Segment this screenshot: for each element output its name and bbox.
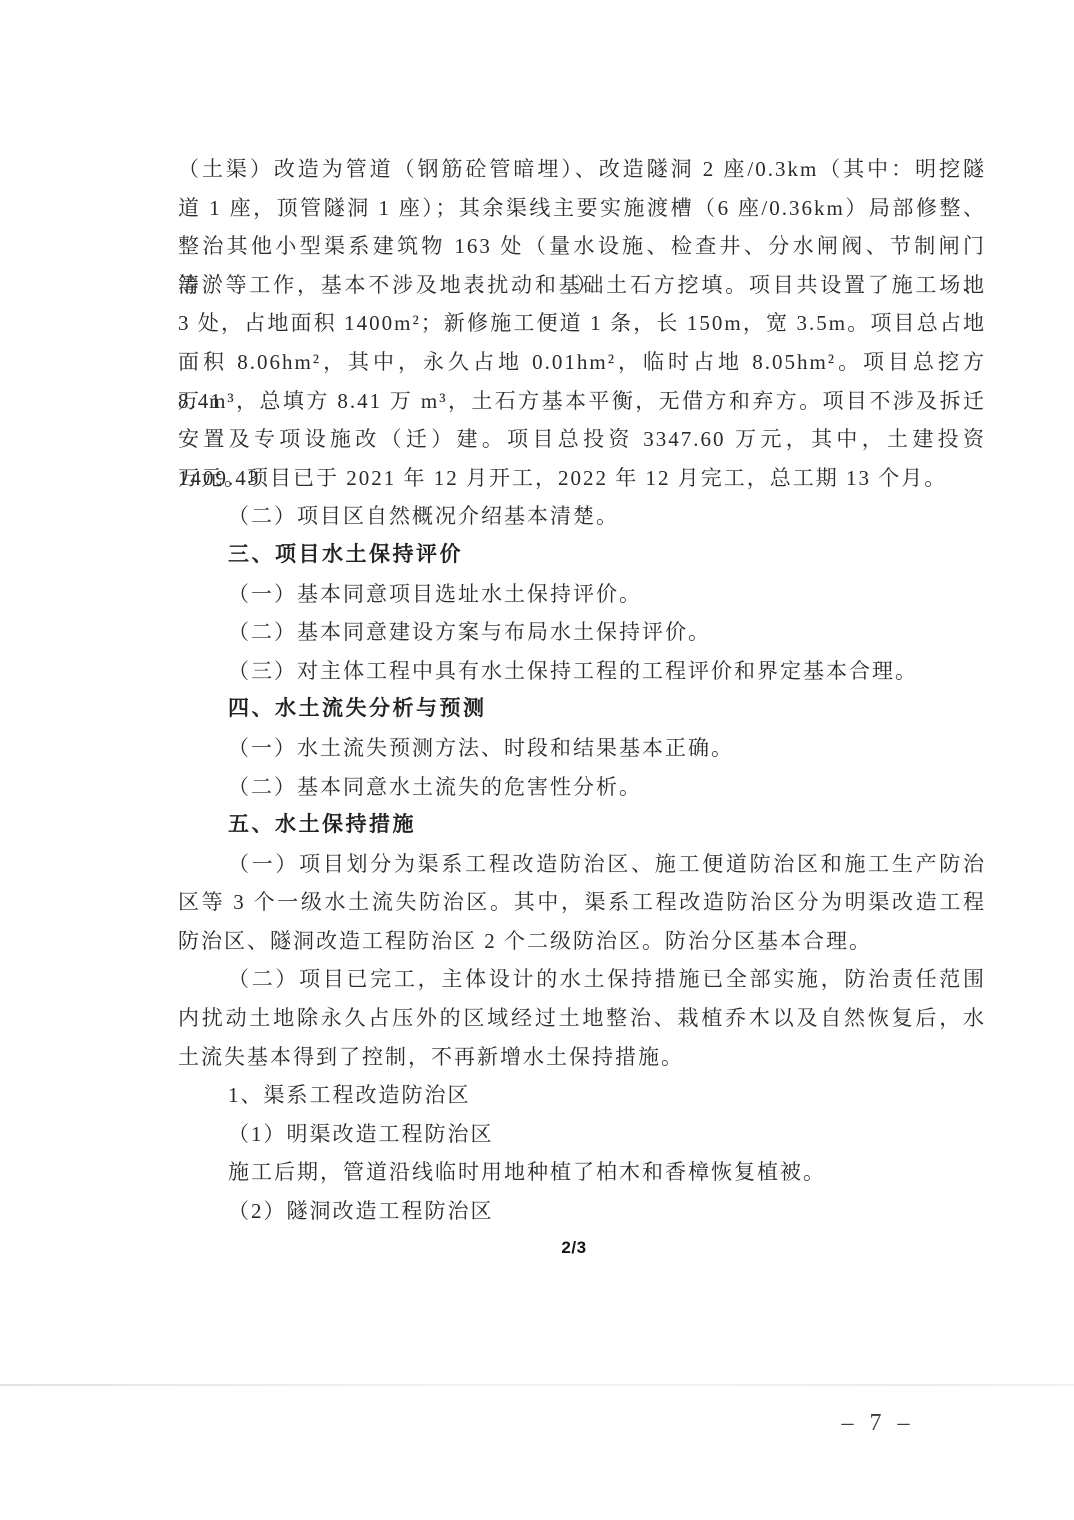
paragraph-line: 内扰动土地除永久占压外的区域经过土地整治、栽植乔木以及自然恢复后，水 <box>178 999 986 1038</box>
paragraph-line: （二）基本同意建设方案与布局水土保持评价。 <box>178 613 986 652</box>
paragraph-line: 面积 8.06hm²，其中，永久占地 0.01hm²，临时占地 8.05hm²。… <box>178 343 986 382</box>
paragraph-line: （三）对主体工程中具有水土保持工程的工程评价和界定基本合理。 <box>178 652 986 691</box>
section-heading-4: 四、水土流失分析与预测 <box>178 690 986 729</box>
paragraph-line: 安置及专项设施改（迁）建。项目总投资 3347.60 万元，其中，土建投资 14… <box>178 420 986 459</box>
page-number: – 7 – <box>842 1410 915 1437</box>
paragraph-line: （一）水土流失预测方法、时段和结果基本正确。 <box>178 729 986 768</box>
paragraph-line: 道 1 座，顶管隧洞 1 座）；其余渠线主要实施渡槽（6 座/0.36km）局部… <box>178 189 986 228</box>
document-page: （土渠）改造为管道（钢筋砼管暗埋）、改造隧洞 2 座/0.3km（其中：明挖隧 … <box>0 0 1074 1520</box>
pdf-page-indicator: 2/3 <box>561 1238 586 1258</box>
paragraph-line: （二）基本同意水土流失的危害性分析。 <box>178 768 986 807</box>
paragraph-line: 万 m³，总填方 8.41 万 m³，土石方基本平衡，无借方和弃方。项目不涉及拆… <box>178 382 986 421</box>
paragraph-line: 清淤等工作，基本不涉及地表扰动和基础土石方挖填。项目共设置了施工场地 <box>178 266 986 305</box>
paragraph-line: （二）项目已完工，主体设计的水土保持措施已全部实施，防治责任范围 <box>178 960 986 999</box>
list-item-heading: （2）隧洞改造工程防治区 <box>178 1192 986 1231</box>
paragraph-line: 万元。项目已于 2021 年 12 月开工，2022 年 12 月完工，总工期 … <box>178 459 986 498</box>
paragraph-line: （二）项目区自然概况介绍基本清楚。 <box>178 497 986 536</box>
list-item-heading: 1、渠系工程改造防治区 <box>178 1076 986 1115</box>
paragraph-line: 防治区、隧洞改造工程防治区 2 个二级防治区。防治分区基本合理。 <box>178 922 986 961</box>
paragraph-line: （土渠）改造为管道（钢筋砼管暗埋）、改造隧洞 2 座/0.3km（其中：明挖隧 <box>178 150 986 189</box>
paragraph-line: 整治其他小型渠系建筑物 163 处（量水设施、检查井、分水闸阀、节制闸门等）、 <box>178 227 986 266</box>
document-body: （土渠）改造为管道（钢筋砼管暗埋）、改造隧洞 2 座/0.3km（其中：明挖隧 … <box>178 150 986 1231</box>
section-heading-3: 三、项目水土保持评价 <box>178 536 986 575</box>
list-item-heading: （1）明渠改造工程防治区 <box>178 1115 986 1154</box>
paragraph-line: 区等 3 个一级水土流失防治区。其中，渠系工程改造防治区分为明渠改造工程 <box>178 883 986 922</box>
scan-artifact-line <box>0 1384 1074 1386</box>
paragraph-line: 3 处，占地面积 1400m²；新修施工便道 1 条，长 150m，宽 3.5m… <box>178 304 986 343</box>
section-heading-5: 五、水土保持措施 <box>178 806 986 845</box>
paragraph-line: （一）基本同意项目选址水土保持评价。 <box>178 575 986 614</box>
paragraph-line: 土流失基本得到了控制，不再新增水土保持措施。 <box>178 1038 986 1077</box>
paragraph-line: （一）项目划分为渠系工程改造防治区、施工便道防治区和施工生产防治 <box>178 845 986 884</box>
paragraph-line: 施工后期，管道沿线临时用地种植了柏木和香樟恢复植被。 <box>178 1153 986 1192</box>
